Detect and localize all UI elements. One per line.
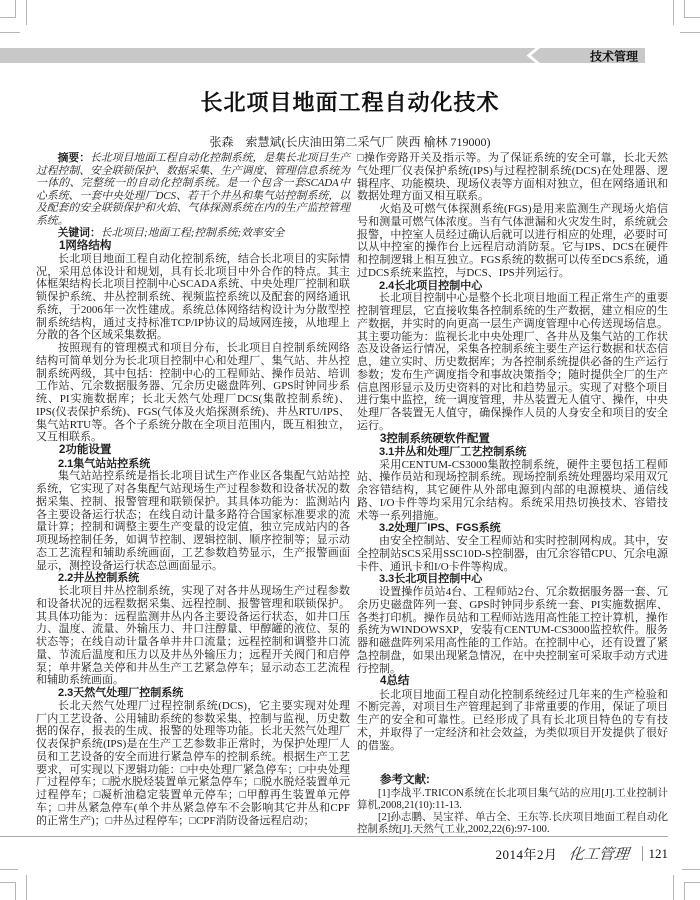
column-left: 摘要：长北项目地面工程自动化控制系统，是集长北项目生产过程控制、安全联锁保护、数… [36, 152, 350, 836]
paragraph: 集气站站控系统是指长北项目试生产作业区各集配气站站控系统，它实现了对各集配气站现… [36, 470, 350, 572]
section-heading-4: 4总结 [357, 675, 668, 688]
section-heading-2-2: 2.2井丛控制系统 [36, 572, 350, 585]
paragraph: 长北项目井丛控制系统，实现了对各井丛现场生产过程参数和设备状况的远程数据采集、远… [36, 585, 350, 687]
scan-mark [26, 0, 27, 25]
article-byline: 张森 索慧斌(长庆油田第二采气厂 陕西 榆林 719000) [0, 133, 700, 150]
scan-mark [682, 869, 700, 870]
scan-mark [0, 0, 16, 18]
paragraph: 火焰及可燃气体探测系统(FGS)是用来监测生产现场火焰信号和测量可燃气体浓度。当… [357, 203, 668, 280]
keywords-label: 关键词： [58, 227, 101, 239]
section-heading-1: 1网络结构 [36, 240, 350, 253]
section-heading-2-3: 2.3天然气处理厂控制系统 [36, 687, 350, 700]
reference-item: [1]李战平.TRICON系统在长北项目集气站的应用[J].工业控制计算机,20… [357, 788, 668, 812]
article-body: 摘要：长北项目地面工程自动化控制系统，是集长北项目生产过程控制、安全联锁保护、数… [36, 152, 668, 836]
scan-mark [684, 882, 700, 900]
paragraph: 长北项目地面工程自动化控制系统经过几年来的生产检验和不断完善，对项目生产管理起到… [357, 689, 668, 753]
section-heading-3-2: 3.2处理厂IPS、FGS系统 [357, 522, 668, 535]
column-right: □操作旁路开关及指示等。为了保证系统的安全可靠，长北天然气处理厂仪表保护系统(I… [357, 152, 668, 836]
paragraph: □操作旁路开关及指示等。为了保证系统的安全可靠，长北天然气处理厂仪表保护系统(I… [357, 152, 668, 203]
paragraph: 长北项目地面工程自动化控制系统，结合长北项目的实际情况，采用总体设计和规划，具有… [36, 253, 350, 342]
section-heading-2: 2功能设置 [36, 444, 350, 457]
page-number: 121 [649, 846, 669, 862]
scan-mark [0, 882, 16, 900]
journal-page: 技术管理 长北项目地面工程自动化技术 张森 索慧斌(长庆油田第二采气厂 陕西 榆… [0, 0, 700, 900]
footer-date: 2014年2月 [495, 844, 557, 863]
category-tag: 技术管理 [590, 47, 638, 64]
scan-mark [0, 869, 18, 870]
section-heading-3-3: 3.3长北项目控制中心 [357, 573, 668, 586]
paragraph: 长北项目控制中心是整个长北项目地面工程正常生产的重要控制管理层，它直接收集各控制… [357, 292, 668, 432]
abstract: 摘要：长北项目地面工程自动化控制系统，是集长北项目生产过程控制、安全联锁保护、数… [36, 152, 350, 227]
footer-rule [0, 836, 668, 837]
scan-mark [26, 875, 27, 900]
paragraph: 设置操作员站4台、工程师站2台、冗余数据服务器一套、冗余历史磁盘阵列一套、GPS… [357, 586, 668, 675]
scan-mark [0, 32, 20, 33]
keywords: 关键词：长北项目;地面工程;控制系统;效率安全 [36, 227, 350, 240]
keywords-text: 长北项目;地面工程;控制系统;效率安全 [101, 227, 285, 239]
abstract-label: 摘要： [58, 152, 91, 164]
section-heading-2-4: 2.4长北项目控制中心 [357, 280, 668, 293]
reference-item: [2]孙志鹏、吴宝祥、单古全、王东等.长庆项目地面工程自动化控制系统[J].天然… [357, 812, 668, 836]
scan-mark [684, 0, 700, 18]
section-heading-2-1: 2.1集气站站控系统 [36, 458, 350, 471]
chevron-left-icon [525, 48, 540, 63]
paragraph: 采用CENTUM-CS3000集散控制系统，硬件主要包括工程师站、操作员站和现场… [357, 459, 668, 523]
header-bar: 技术管理 [0, 48, 645, 63]
section-heading-3-1: 3.1井丛和处理厂工艺控制系统 [357, 446, 668, 459]
paragraph: 按照现有的管理模式和项目分布，长北项目自控制系统网络结构可简单划分为长北项目控制… [36, 342, 350, 444]
footer-divider [642, 846, 643, 861]
references-heading: 参考文献: [357, 774, 668, 787]
footer: 2014年2月 化工管理 121 [495, 843, 668, 864]
paragraph: 长北天然气处理厂过程控制系统(DCS)，它主要实现对处理厂内工艺设备、公用辅助系… [36, 700, 350, 828]
scan-mark [673, 875, 674, 900]
paragraph: 由安全控制站、安全工程师站和实时控制网构成。其中，安全控制站SCS采用SSC10… [357, 535, 668, 573]
scan-mark [680, 32, 700, 33]
scan-mark [673, 0, 674, 25]
page-title: 长北项目地面工程自动化技术 [0, 86, 700, 117]
section-heading-3: 3控制系统硬软件配置 [357, 433, 668, 446]
journal-name: 化工管理 [568, 843, 630, 864]
